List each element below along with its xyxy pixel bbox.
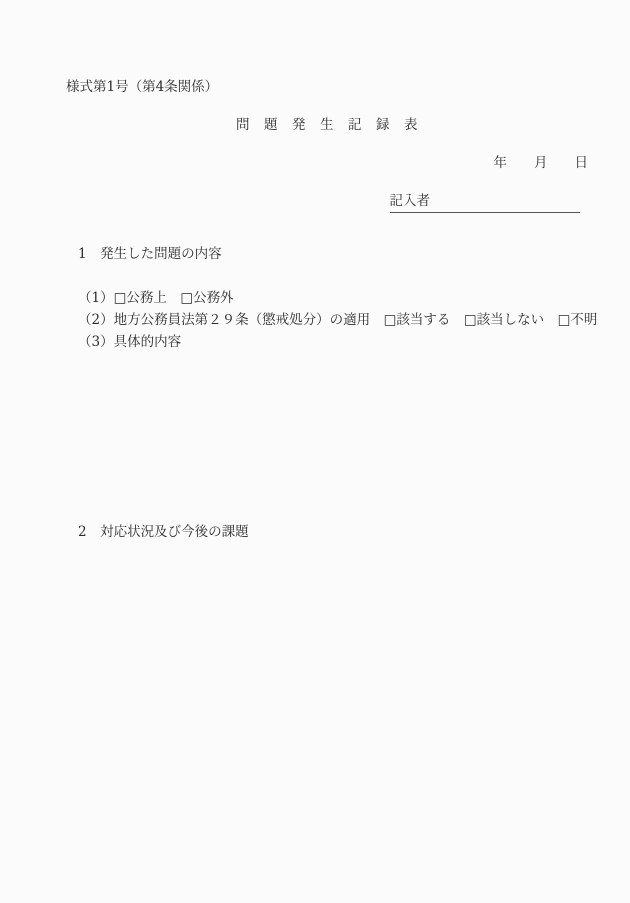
checkbox-option-unknown: □不明: [558, 312, 598, 328]
section1-item1-row: （1）□公務上□公務外: [78, 290, 588, 307]
section1-item2-row: （2）地方公務員法第２９条（懲戒処分）の適用□該当する□該当しない□不明: [78, 312, 588, 329]
item2-lead-text: 地方公務員法第２９条（懲戒処分）の適用: [114, 312, 371, 328]
recorder-underline: 記入者: [390, 193, 581, 213]
checkbox-not-applicable-icon: □: [464, 312, 477, 328]
checkbox-off-duty-label: 公務外: [193, 290, 234, 306]
checkbox-unknown-label: 不明: [570, 312, 597, 328]
recorder-row: 記入者: [66, 193, 588, 213]
checkbox-unknown-icon: □: [558, 312, 571, 328]
checkbox-applicable-icon: □: [384, 312, 397, 328]
item3-prefix: （3）: [78, 334, 114, 350]
checkbox-option-on-duty: □公務上: [114, 290, 167, 306]
recorder-fill-line: [430, 204, 580, 205]
checkbox-not-applicable-label: 該当しない: [477, 312, 545, 328]
checkbox-applicable-label: 該当する: [396, 312, 450, 328]
document-page: 様式第1号（第4条関係） 問 題 発 生 記 録 表 年 月 日 記入者 1 発…: [0, 0, 630, 903]
checkbox-off-duty-icon: □: [180, 290, 193, 306]
checkbox-option-not-applicable: □該当しない: [464, 312, 544, 328]
item1-prefix: （1）: [78, 290, 114, 306]
form-title: 問 題 発 生 記 録 表: [66, 117, 588, 134]
checkbox-option-applicable: □該当する: [384, 312, 451, 328]
date-line: 年 月 日: [66, 155, 588, 172]
recorder-label: 記入者: [390, 193, 431, 209]
section1-heading: 1 発生した問題の内容: [78, 246, 588, 263]
item3-lead-text: 具体的内容: [114, 334, 182, 350]
section1-item3-row: （3）具体的内容: [78, 334, 588, 351]
checkbox-on-duty-icon: □: [114, 290, 127, 306]
section2-heading: 2 対応状況及び今後の課題: [78, 524, 588, 541]
checkbox-option-off-duty: □公務外: [180, 290, 233, 306]
form-number-label: 様式第1号（第4条関係）: [66, 79, 588, 96]
item2-prefix: （2）: [78, 312, 114, 328]
checkbox-on-duty-label: 公務上: [126, 290, 167, 306]
